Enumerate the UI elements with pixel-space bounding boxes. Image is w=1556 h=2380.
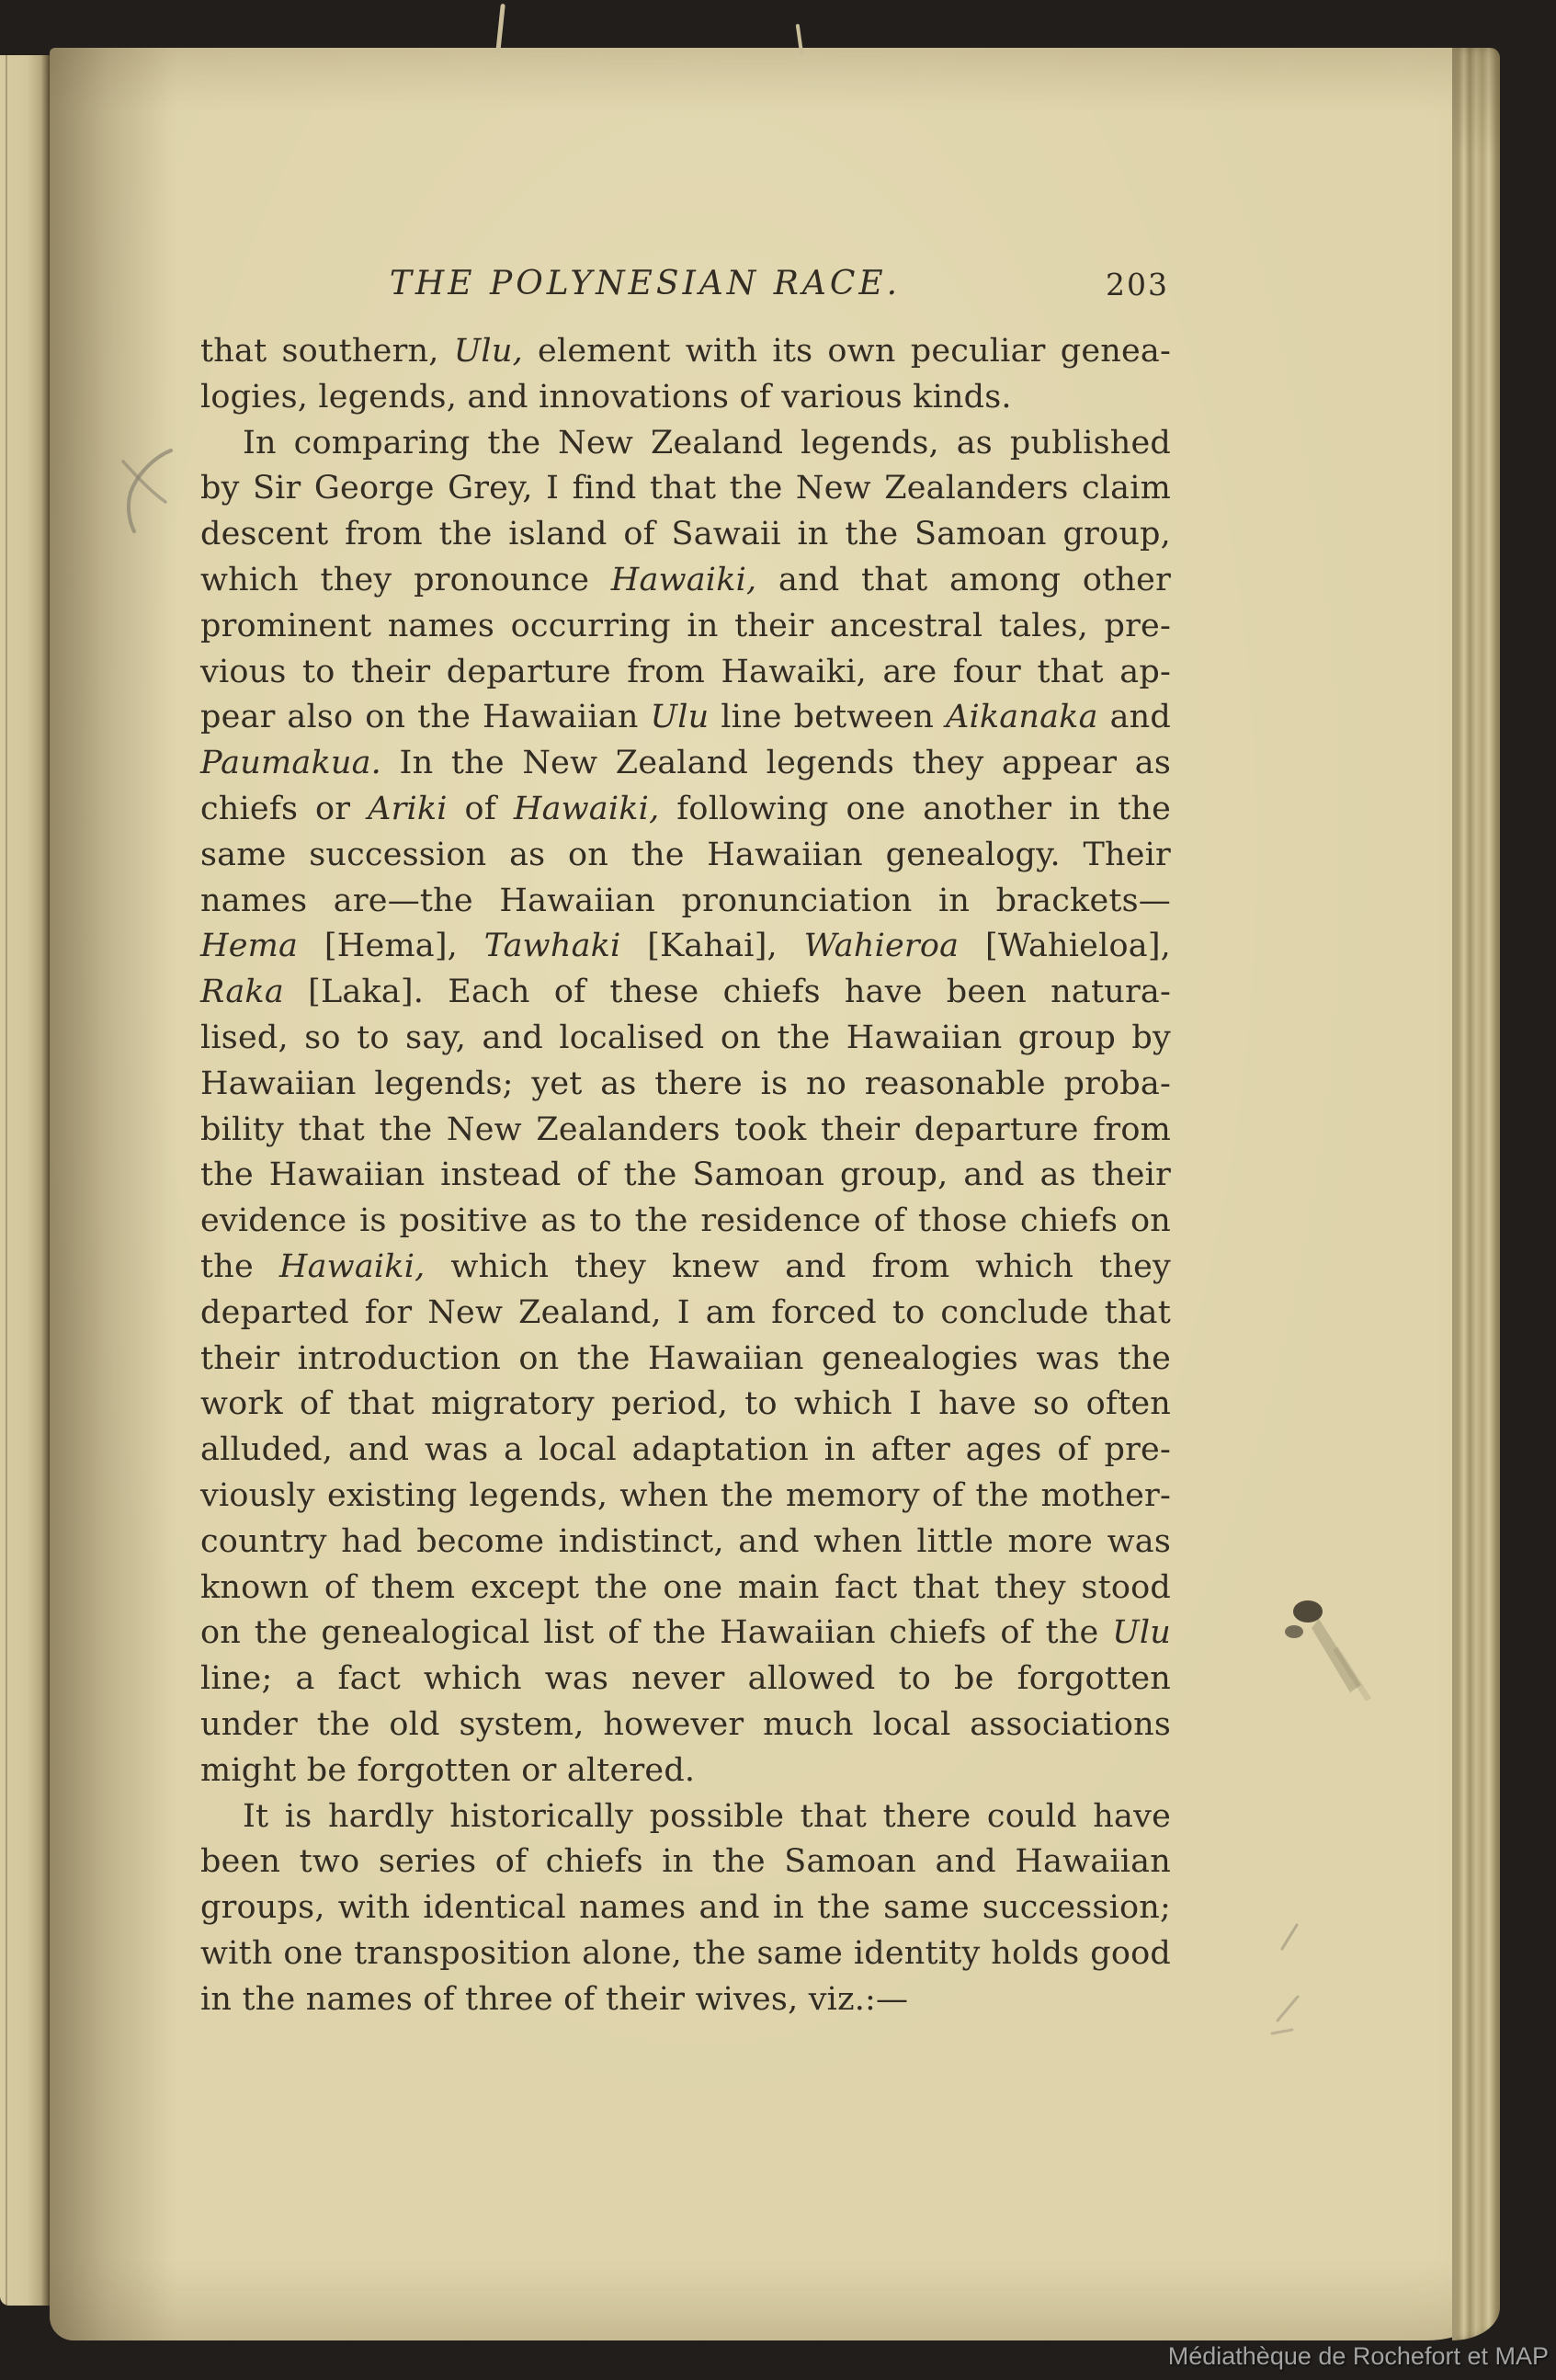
text-line: with one transposition alone, the same i… xyxy=(200,1931,1171,1977)
ink-smudge xyxy=(1282,1595,1383,1710)
header-title: THE POLYNESIAN RACE. xyxy=(390,265,901,302)
text-line: vious to their departure from Hawaiki, a… xyxy=(200,650,1171,696)
text-line: chiefs or Ariki of Hawaiki, following on… xyxy=(200,787,1171,833)
text-line: logies, legends, and innovations of vari… xyxy=(200,375,1171,421)
pencil-x-mark xyxy=(112,441,184,537)
text-line: the Hawaiian instead of the Samoan group… xyxy=(200,1153,1171,1199)
text-line: lised, so to say, and localised on the H… xyxy=(200,1016,1171,1062)
text-line: their introduction on the Hawaiian genea… xyxy=(200,1337,1171,1383)
text-line: work of that migratory period, to which … xyxy=(200,1382,1171,1428)
fore-edge-page-stack xyxy=(1452,48,1500,2340)
text-line: descent from the island of Sawaii in the… xyxy=(200,512,1171,558)
text-line: In comparing the New Zealand legends, as… xyxy=(200,421,1171,467)
text-line: names are—the Hawaiian pronunciation in … xyxy=(200,879,1171,925)
text-line: under the old system, however much local… xyxy=(200,1702,1171,1748)
text-line: Paumakua. In the New Zealand legends the… xyxy=(200,741,1171,787)
pencil-tick-mark xyxy=(1261,1993,1316,2044)
text-line: Hawaiian legends; yet as there is no rea… xyxy=(200,1062,1171,1108)
text-line: It is hardly historically possible that … xyxy=(200,1794,1171,1840)
text-line: evidence is positive as to the residence… xyxy=(200,1199,1171,1245)
pencil-tick-mark xyxy=(1273,1919,1310,1956)
gutter-shadow xyxy=(50,48,178,2340)
text-line: alluded, and was a local adaptation in a… xyxy=(200,1428,1171,1474)
text-line: on the genealogical list of the Hawaiian… xyxy=(200,1611,1171,1657)
text-line: Raka [Laka]. Each of these chiefs have b… xyxy=(200,970,1171,1016)
text-line: prominent names occurring in their ances… xyxy=(200,604,1171,650)
text-line: might be forgotten or altered. xyxy=(200,1748,1171,1794)
text-line: viously existing legends, when the memor… xyxy=(200,1474,1171,1520)
text-line: known of them except the one main fact t… xyxy=(200,1566,1171,1611)
text-line: line; a fact which was never allowed to … xyxy=(200,1657,1171,1702)
running-header: THE POLYNESIAN RACE. 203 xyxy=(200,265,1171,313)
page-number: 203 xyxy=(1106,267,1169,302)
text-line: same succession as on the Hawaiian genea… xyxy=(200,833,1171,879)
text-line: pear also on the Hawaiian Ulu line betwe… xyxy=(200,695,1171,741)
text-line: which they pronounce Hawaiki, and that a… xyxy=(200,558,1171,604)
text-line: country had become indistinct, and when … xyxy=(200,1520,1171,1566)
paper-thread xyxy=(495,4,505,53)
text-line: by Sir George Grey, I find that the New … xyxy=(200,466,1171,512)
text-line: Hema [Hema], Tawhaki [Kahai], Wahieroa [… xyxy=(200,924,1171,970)
text-line: departed for New Zealand, I am forced to… xyxy=(200,1291,1171,1337)
facing-page-edge xyxy=(0,55,50,2306)
text-line: the Hawaiki, which they knew and from wh… xyxy=(200,1245,1171,1291)
library-watermark: Médiathèque de Rochefort et MAP xyxy=(1168,2342,1549,2371)
text-line: in the names of three of their wives, vi… xyxy=(200,1977,1171,2023)
text-line: bility that the New Zealanders took thei… xyxy=(200,1108,1171,1154)
body-text: that southern, Ulu, element with its own… xyxy=(200,329,1171,2022)
text-line: groups, with identical names and in the … xyxy=(200,1885,1171,1931)
scan-background: { "colors": { "background": "#211e1b", "… xyxy=(0,0,1556,2380)
text-line: that southern, Ulu, element with its own… xyxy=(200,329,1171,375)
text-line: been two series of chiefs in the Samoan … xyxy=(200,1839,1171,1885)
